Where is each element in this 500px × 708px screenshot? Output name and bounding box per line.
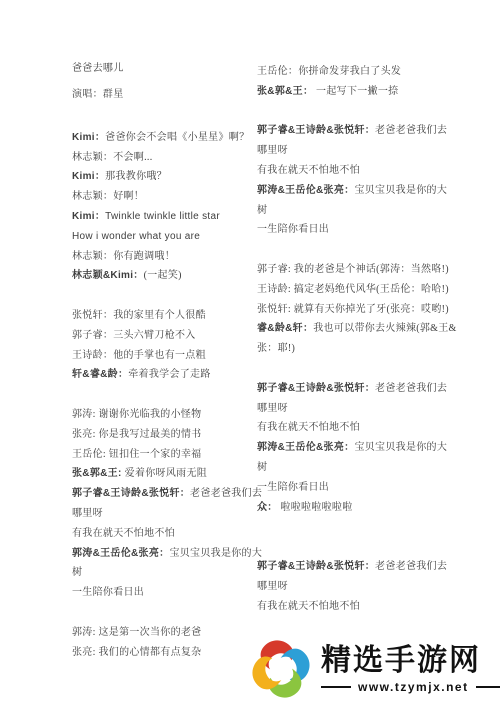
lyric-line: 张：耶!) (257, 339, 487, 359)
speaker-label: 演唱： (72, 89, 103, 100)
speaker-label: 郭子睿&王诗龄&张悦轩： (257, 561, 375, 572)
lyric-text: 他的手掌也有一点粗 (113, 350, 206, 361)
lyric-line: 郭涛&王岳伦&张亮：宝贝宝贝我是你的大 (72, 544, 272, 564)
lyric-text: 这是第一次当你的老爸 (98, 627, 201, 638)
speaker-label: 张亮: (72, 647, 98, 658)
lyric-line: 郭涛: 谢谢你光临我的小怪物 (72, 405, 272, 425)
lyric-text: 我的家里有个人很酷 (113, 310, 206, 321)
speaker-label: 林志颖&Kimi： (72, 270, 144, 281)
lyric-text: 宝贝宝贝我是你的大 (354, 442, 447, 453)
lyric-line: 郭子睿&王诗龄&张悦轩：老爸老爸我们去 (257, 121, 487, 141)
lyric-line: 林志颖：好啊！ (72, 187, 272, 207)
lyric-line: 树 (257, 458, 487, 478)
site-watermark: 精选手游网 www.tzymjx.net (250, 633, 496, 705)
lyric-line: 有我在就天不怕地不怕 (257, 418, 487, 438)
speaker-label: 张亮: (72, 429, 98, 440)
lyric-line: How i wonder what you are (72, 227, 272, 247)
lyric-line: 一生陪你看日出 (72, 583, 272, 603)
lyric-text: 牵着我学会了走路 (128, 369, 210, 380)
lyrics-column-right: 王岳伦：你拼命发芽我白了头发张&郭&王： 一起写下一撇一捺 郭子睿&王诗龄&张悦… (257, 62, 487, 616)
lyric-text: 树 (257, 205, 267, 216)
blank-line (257, 102, 487, 122)
speaker-label: Kimi： (72, 211, 105, 222)
lyric-line: 王岳伦: 钮扣住一个家的幸福 (72, 445, 272, 465)
speaker-label: 郭子睿&王诗龄&张悦轩： (257, 383, 375, 394)
lyric-line: 张悦轩：我的家里有个人很酷 (72, 306, 272, 326)
blank-line (72, 108, 272, 128)
lyric-text: 老爸老爸我们去 (190, 488, 262, 499)
left-dash-divider (321, 686, 351, 689)
speaker-label: 轩&睿&龄： (72, 369, 128, 380)
lyric-line: 树 (257, 201, 487, 221)
site-url: www.tzymjx.net (358, 680, 469, 694)
lyric-text: 爸爸去哪儿 (72, 63, 124, 74)
lyric-text: 你拼命发芽我白了头发 (298, 66, 401, 77)
lyric-text: 你有跑调哦！ (113, 251, 175, 262)
lyric-text: 张：耶!) (257, 343, 295, 354)
speaker-label: 林志颖： (72, 152, 113, 163)
lyric-text: 宝贝宝贝我是你的大 (354, 185, 447, 196)
pinwheel-logo-icon (250, 636, 312, 702)
lyric-text: 一起写下一撇一捺 (313, 86, 398, 97)
lyric-line: 郭涛&王岳伦&张亮：宝贝宝贝我是你的大 (257, 438, 487, 458)
lyric-line: 哪里呀 (257, 577, 487, 597)
speaker-label: 张悦轩： (72, 310, 113, 321)
lyric-line: 张亮: 我们的心情都有点复杂 (72, 643, 272, 663)
lyric-text: 老爸老爸我们去 (375, 561, 447, 572)
lyric-text: 老爸老爸我们去 (375, 125, 447, 136)
right-dash-divider (476, 686, 500, 689)
lyric-text: 就算有天你掉光了牙(张亮：哎哟!) (294, 304, 449, 315)
speaker-label: 郭涛: (72, 409, 98, 420)
lyric-text: 啦啦啦啦啦啦啦 (278, 502, 353, 513)
blank-line (257, 537, 487, 557)
lyric-line: 林志颖：不会啊... (72, 148, 272, 168)
lyric-line: 郭子睿&王诗龄&张悦轩：老爸老爸我们去 (257, 379, 487, 399)
speaker-label: 郭涛&王岳伦&张亮： (257, 185, 354, 196)
speaker-label: 郭子睿: (257, 264, 294, 275)
lyric-text: 爱着你呀风雨无阻 (125, 468, 207, 479)
speaker-label: 王诗龄： (72, 350, 113, 361)
blank-line (257, 517, 487, 537)
lyric-text: (一起笑) (144, 270, 182, 281)
speaker-label: 林志颖： (72, 191, 113, 202)
lyric-text: 树 (257, 462, 267, 473)
lyric-line: 一生陪你看日出 (257, 478, 487, 498)
lyric-text: 钮扣住一个家的幸福 (109, 449, 202, 460)
lyric-line: 郭子睿&王诗龄&张悦轩：老爸老爸我们去 (257, 557, 487, 577)
speaker-label: 张悦轩: (257, 304, 294, 315)
lyric-line: Kimi：Twinkle twinkle little star (72, 207, 272, 227)
lyric-text: 一生陪你看日出 (257, 224, 329, 235)
lyric-text: Twinkle twinkle little star (105, 211, 220, 222)
speaker-label: 张&郭&王： (257, 86, 313, 97)
speaker-label: 郭子睿&王诗龄&张悦轩： (257, 125, 375, 136)
lyric-line: 爸爸去哪儿 (72, 56, 272, 82)
speaker-label: 王诗龄: (257, 284, 294, 295)
speaker-label: 王岳伦: (72, 449, 109, 460)
blank-line (257, 240, 487, 260)
speaker-label: 王岳伦： (257, 66, 298, 77)
lyric-line: 林志颖：你有跑调哦！ (72, 247, 272, 267)
lyric-text: 一生陪你看日出 (72, 587, 144, 598)
speaker-label: 林志颖： (72, 251, 113, 262)
lyric-line: 郭子睿&王诗龄&张悦轩：老爸老爸我们去 (72, 484, 272, 504)
lyric-line: 哪里呀 (257, 141, 487, 161)
lyric-text: 我们的心情都有点复杂 (98, 647, 201, 658)
lyric-text: 爸爸你会不会唱《小星星》啊？ (105, 132, 249, 143)
lyric-text: 有我在就天不怕地不怕 (72, 528, 175, 539)
lyric-line: 有我在就天不怕地不怕 (257, 161, 487, 181)
lyric-text: 一生陪你看日出 (257, 482, 329, 493)
speaker-label: 众： (257, 502, 278, 513)
lyric-line: 有我在就天不怕地不怕 (72, 524, 272, 544)
lyric-line: 树 (72, 563, 272, 583)
speaker-label: 郭涛: (72, 627, 98, 638)
lyric-line: Kimi：爸爸你会不会唱《小星星》啊？ (72, 128, 272, 148)
lyric-text: 树 (72, 567, 82, 578)
lyric-line: 郭子睿: 我的老爸是个神话(郭涛：当然咯!) (257, 260, 487, 280)
speaker-label: 张&郭&王: (72, 468, 125, 479)
watermark-text-block: 精选手游网 www.tzymjx.net (321, 644, 500, 694)
speaker-label: 郭涛&王岳伦&张亮： (72, 548, 169, 559)
lyric-line: 轩&睿&龄：牵着我学会了走路 (72, 365, 272, 385)
lyric-line: 王岳伦：你拼命发芽我白了头发 (257, 62, 487, 82)
lyric-line: 张&郭&王: 爱着你呀风雨无阻 (72, 464, 272, 484)
lyric-line: 哪里呀 (257, 399, 487, 419)
lyric-line: 张亮: 你是我写过最美的情书 (72, 425, 272, 445)
lyric-line: 郭涛: 这是第一次当你的老爸 (72, 623, 272, 643)
lyric-text: 谢谢你光临我的小怪物 (98, 409, 201, 420)
speaker-label: 郭子睿&王诗龄&张悦轩： (72, 488, 190, 499)
lyric-text: 哪里呀 (257, 145, 288, 156)
speaker-label: 郭涛&王岳伦&张亮： (257, 442, 354, 453)
lyric-text: 你是我写过最美的情书 (98, 429, 201, 440)
lyric-text: 我的老爸是个神话(郭涛：当然咯!) (294, 264, 449, 275)
site-url-row: www.tzymjx.net (321, 680, 500, 694)
blank-line (72, 385, 272, 405)
blank-line (72, 286, 272, 306)
lyric-line: Kimi：那我教你哦？ (72, 167, 272, 187)
site-name: 精选手游网 (321, 644, 500, 677)
lyric-line: 众： 啦啦啦啦啦啦啦 (257, 498, 487, 518)
lyric-line: 王诗龄：他的手掌也有一点粗 (72, 346, 272, 366)
lyric-line: 一生陪你看日出 (257, 220, 487, 240)
document-page: 爸爸去哪儿演唱：群星 Kimi：爸爸你会不会唱《小星星》啊？林志颖：不会啊...… (0, 0, 500, 708)
lyric-line: 林志颖&Kimi：(一起笑) (72, 266, 272, 286)
speaker-label: Kimi： (72, 171, 105, 182)
lyric-text: 哪里呀 (257, 403, 288, 414)
speaker-label: 睿&龄&轩： (257, 323, 313, 334)
lyric-text: 宝贝宝贝我是你的大 (169, 548, 262, 559)
lyric-text: 三头六臂刀枪不入 (113, 330, 195, 341)
lyric-text: 搞定老妈绝代风华(王岳伦：哈哈!) (294, 284, 449, 295)
lyric-line: 郭涛&王岳伦&张亮：宝贝宝贝我是你的大 (257, 181, 487, 201)
lyric-text: 好啊！ (113, 191, 144, 202)
lyric-line: 张悦轩: 就算有天你掉光了牙(张亮：哎哟!) (257, 300, 487, 320)
lyric-text: 群星 (103, 89, 124, 100)
lyric-text: 有我在就天不怕地不怕 (257, 165, 360, 176)
blank-line (72, 603, 272, 623)
speaker-label: 郭子睿： (72, 330, 113, 341)
lyric-line: 有我在就天不怕地不怕 (257, 597, 487, 617)
lyric-line: 张&郭&王： 一起写下一撇一捺 (257, 82, 487, 102)
lyric-line: 演唱：群星 (72, 82, 272, 108)
lyric-text: 哪里呀 (72, 508, 103, 519)
lyric-text: 哪里呀 (257, 581, 288, 592)
lyrics-column-left: 爸爸去哪儿演唱：群星 Kimi：爸爸你会不会唱《小星星》啊？林志颖：不会啊...… (72, 56, 272, 662)
blank-line (257, 359, 487, 379)
lyric-line: 王诗龄: 搞定老妈绝代风华(王岳伦：哈哈!) (257, 280, 487, 300)
lyric-line: 郭子睿：三头六臂刀枪不入 (72, 326, 272, 346)
lyric-text: 那我教你哦？ (105, 171, 167, 182)
lyric-text: 有我在就天不怕地不怕 (257, 422, 360, 433)
speaker-label: Kimi： (72, 132, 105, 143)
lyric-line: 哪里呀 (72, 504, 272, 524)
lyric-text: 有我在就天不怕地不怕 (257, 601, 360, 612)
lyric-text: 我也可以带你去火辣辣(郭&王& (313, 323, 456, 334)
lyric-text: How i wonder what you are (72, 231, 200, 242)
lyric-text: 不会啊... (113, 152, 152, 163)
lyric-text: 老爸老爸我们去 (375, 383, 447, 394)
lyric-line: 睿&龄&轩：我也可以带你去火辣辣(郭&王& (257, 319, 487, 339)
